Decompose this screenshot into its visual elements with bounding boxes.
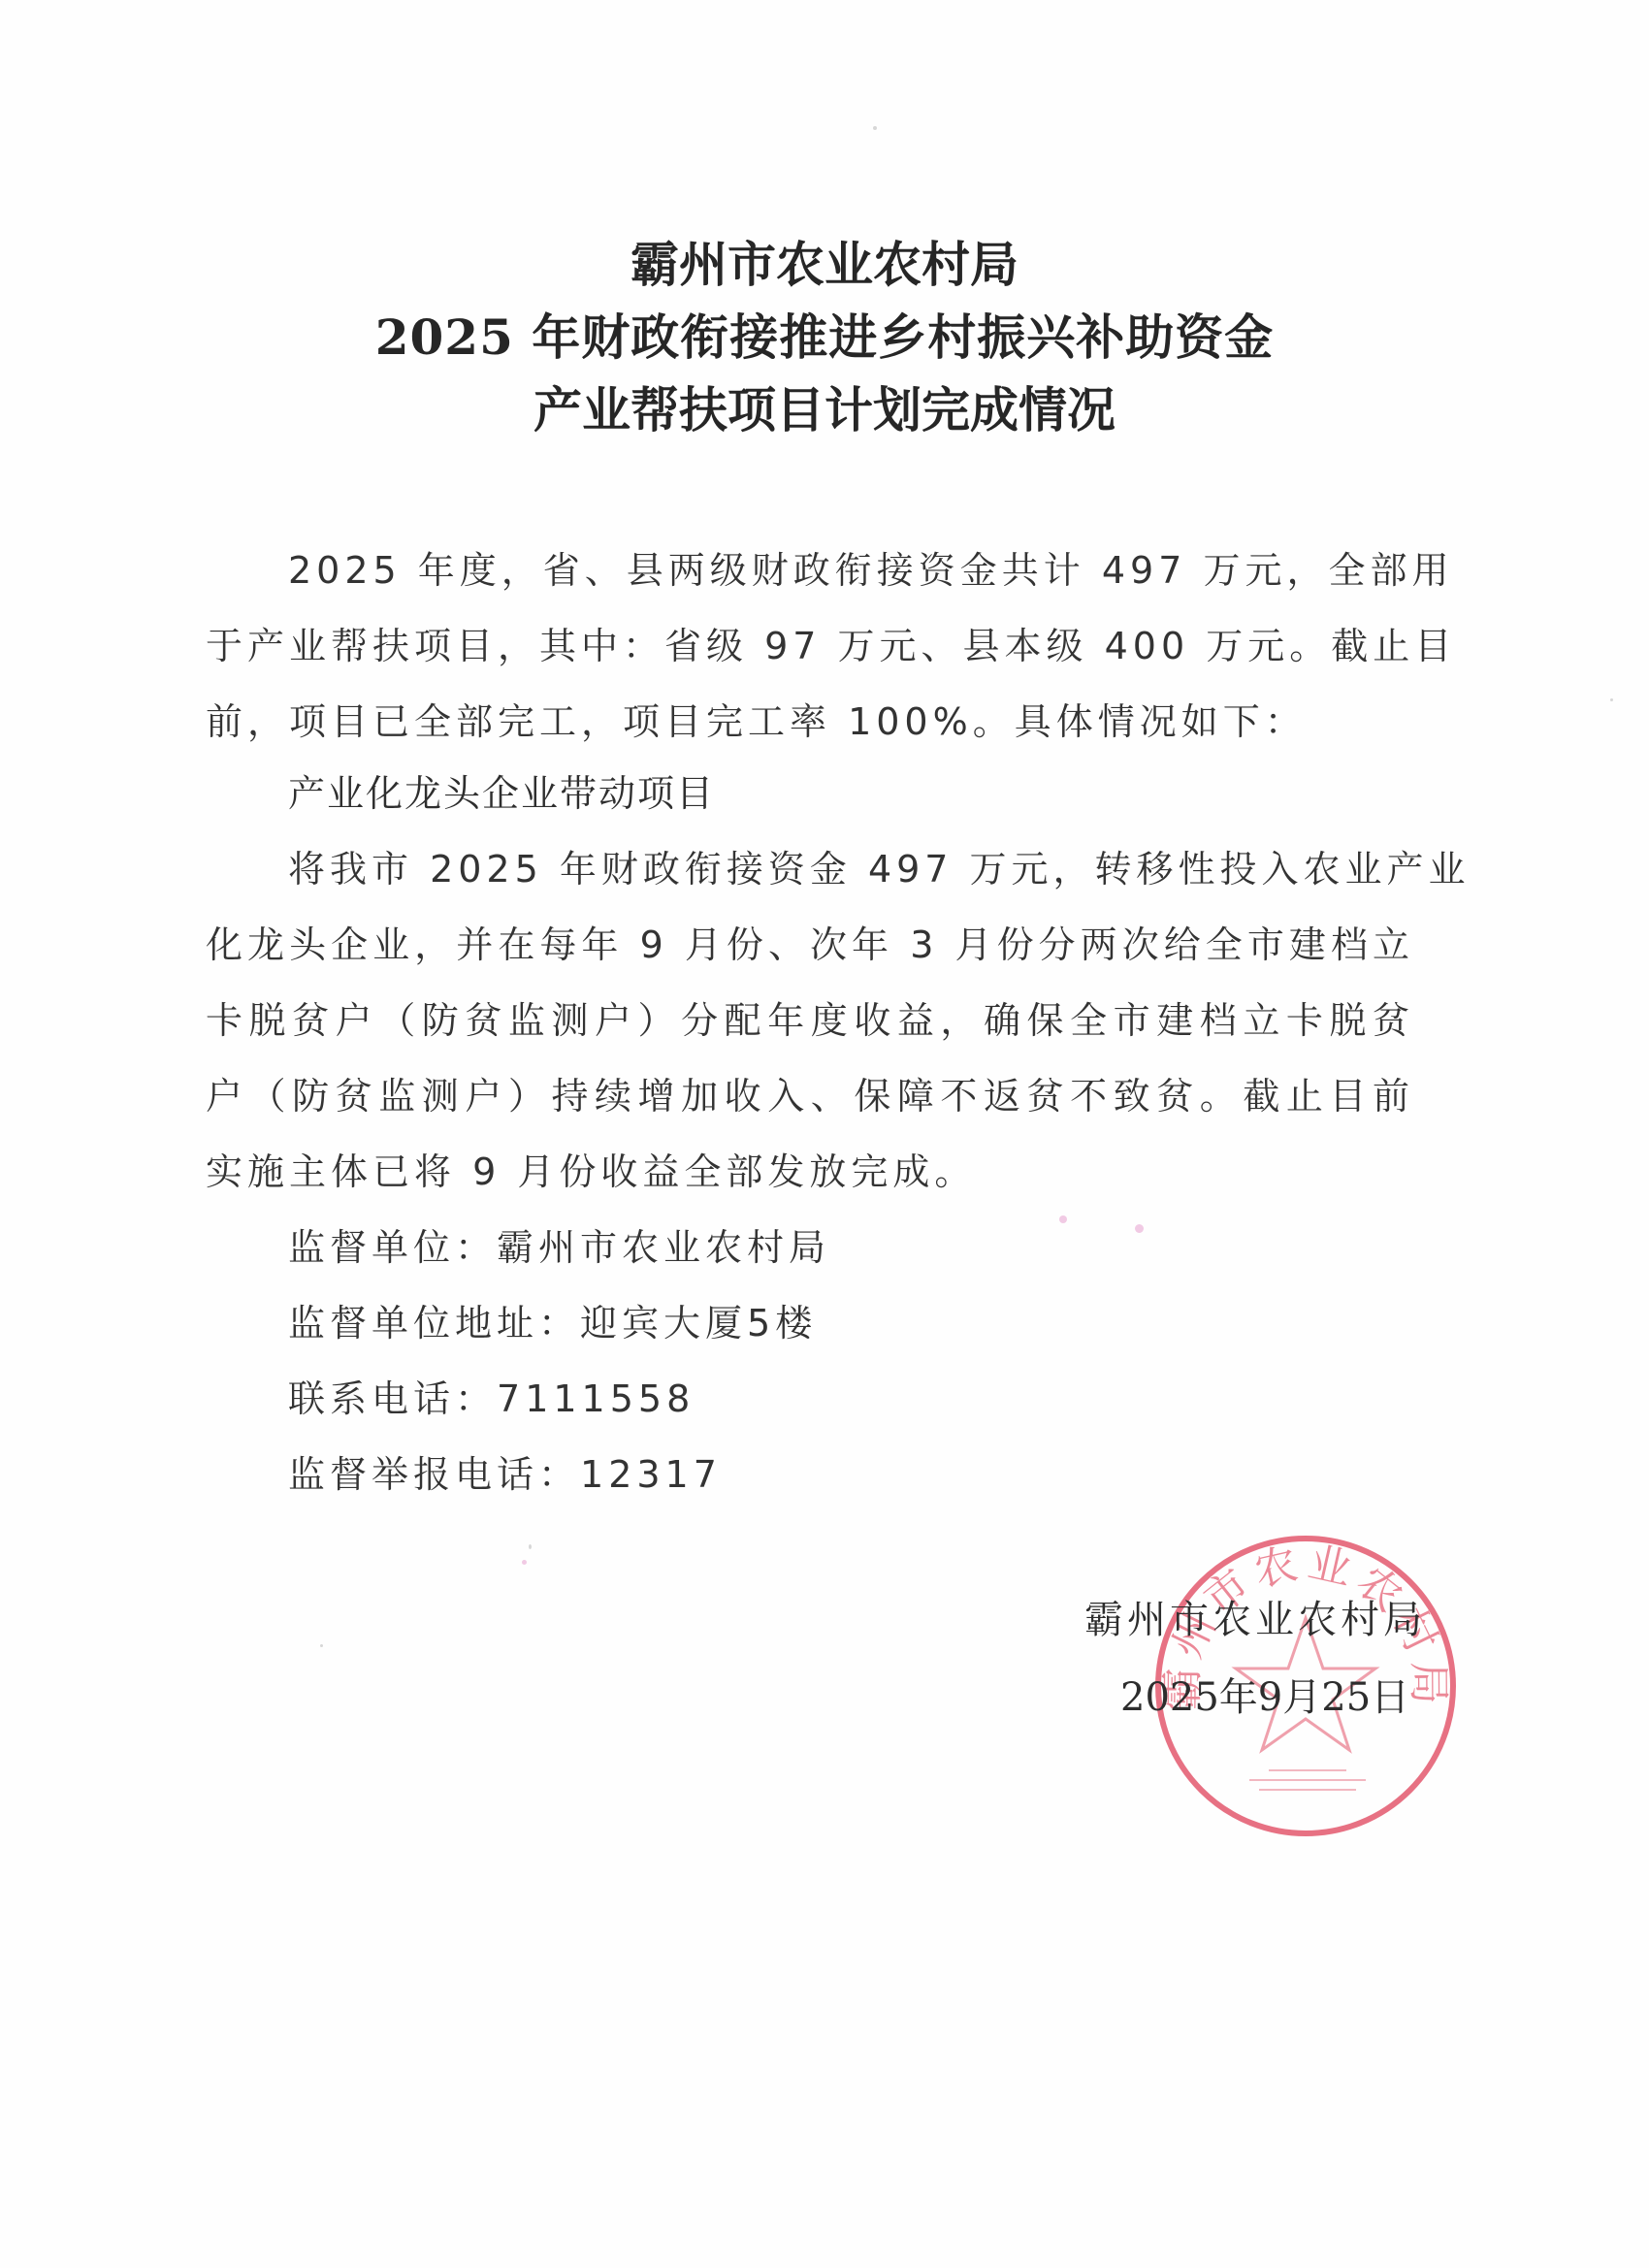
section-heading: 产业化龙头企业带动项目: [288, 764, 715, 823]
section-paragraph-line: 将我市 2025 年财政衔接资金 497 万元，转移性投入农业产业: [288, 840, 1414, 898]
document-title-line-1: 霸州市农业农村局: [0, 231, 1649, 299]
supervisor-unit-label: 监督单位：: [288, 1226, 497, 1269]
supervisor-unit-row: 监督单位：霸州市农业农村局: [288, 1218, 830, 1277]
section-paragraph-line: 实施主体已将 9 月份收益全部发放完成。: [206, 1143, 976, 1201]
intro-paragraph-line: 2025 年度，省、县两级财政衔接资金共计 497 万元，全部用: [288, 541, 1414, 599]
report-phone-row: 监督举报电话：12317: [288, 1445, 722, 1504]
signature-organization: 霸州市农业农村局: [1084, 1593, 1426, 1647]
scan-speck: [522, 1560, 527, 1565]
signature-date: 2025年9月25日: [1120, 1670, 1409, 1725]
section-paragraph-line: 化龙头企业，并在每年 9 月份、次年 3 月份分两次给全市建档立: [206, 916, 1414, 974]
supervisor-address-row: 监督单位地址：迎宾大厦5楼: [288, 1294, 817, 1352]
intro-paragraph-line: 前，项目已全部完工，项目完工率 100%。具体情况如下：: [206, 693, 1307, 751]
supervisor-address-value: 迎宾大厦5楼: [580, 1302, 817, 1345]
scan-speck: [1059, 1215, 1067, 1223]
scan-speck: [873, 126, 877, 130]
supervisor-address-label: 监督单位地址：: [288, 1302, 580, 1345]
section-paragraph-line: 卡脱贫户（防贫监测户）分配年度收益，确保全市建档立卡脱贫: [206, 991, 1414, 1050]
report-phone-value: 12317: [580, 1453, 722, 1496]
scan-speck: [320, 1644, 323, 1647]
contact-phone-label: 联系电话：: [288, 1377, 497, 1420]
scan-speck: [529, 1544, 532, 1549]
document-title-line-2: 2025 年财政衔接推进乡村振兴补助资金: [0, 304, 1649, 372]
contact-phone-value: 7111558: [497, 1377, 695, 1420]
contact-phone-row: 联系电话：7111558: [288, 1370, 695, 1428]
document-page: 霸州市农业农村局 2025 年财政衔接推进乡村振兴补助资金 产业帮扶项目计划完成…: [0, 0, 1649, 2268]
intro-paragraph-line: 于产业帮扶项目，其中：省级 97 万元、县本级 400 万元。截止目: [206, 617, 1414, 675]
document-title-line-3: 产业帮扶项目计划完成情况: [0, 376, 1649, 444]
supervisor-unit-value: 霸州市农业农村局: [497, 1226, 830, 1269]
scan-speck: [1135, 1224, 1144, 1233]
section-paragraph-line: 户（防贫监测户）持续增加收入、保障不返贫不致贫。截止目前: [206, 1067, 1414, 1125]
report-phone-label: 监督举报电话：: [288, 1453, 580, 1496]
scan-speck: [1610, 698, 1613, 701]
